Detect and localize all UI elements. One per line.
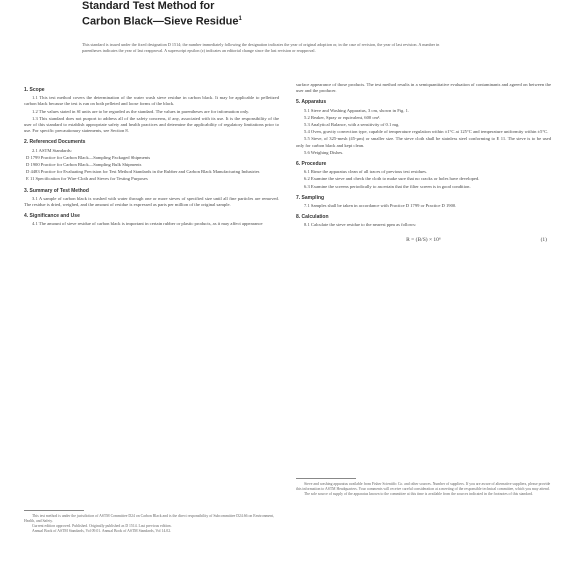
designation-notice: This standard is issued under the fixed … bbox=[82, 42, 452, 53]
reference-item: D 4483 Practice for Evaluating Precision… bbox=[32, 169, 279, 175]
equation-body: R = (B/S) × 10⁶ bbox=[406, 237, 441, 243]
paragraph: 8.1 Calculate the sieve residue to the n… bbox=[296, 222, 551, 228]
title-line-1: Standard Test Method for bbox=[82, 0, 242, 13]
paragraph: 5.6 Weighing Dishes. bbox=[296, 150, 551, 156]
section-heading: 6. Procedure bbox=[296, 161, 551, 167]
section-heading: 1. Scope bbox=[24, 87, 279, 93]
section-sampling: 7. Sampling 7.1 Samples shall be taken i… bbox=[296, 195, 551, 209]
footnote: The sole source of supply of the apparat… bbox=[296, 492, 551, 497]
paragraph: 5.4 Oven, gravity convection type, capab… bbox=[296, 129, 551, 135]
paragraph: 5.1 Sieve and Washing Apparatus, 3 cm, s… bbox=[296, 108, 551, 114]
section-calculation: 8. Calculation 8.1 Calculate the sieve r… bbox=[296, 214, 551, 243]
reference-item: D 1799 Practice for Carbon Black—Samplin… bbox=[32, 155, 279, 161]
right-column: surface appearance of those products. Th… bbox=[296, 82, 551, 251]
section-scope: 1. Scope 1.1 This test method covers the… bbox=[24, 87, 279, 134]
paragraph: surface appearance of those products. Th… bbox=[296, 82, 551, 94]
equation-number: (1) bbox=[541, 237, 547, 243]
equation: R = (B/S) × 10⁶ (1) bbox=[296, 237, 551, 243]
paragraph: 1.2 The values stated in SI units are to… bbox=[24, 109, 279, 115]
footnote-divider bbox=[24, 510, 84, 511]
document-title: Standard Test Method for Carbon Black—Si… bbox=[82, 0, 242, 29]
paragraph: 6.3 Examine the screens periodically to … bbox=[296, 184, 551, 190]
paragraph: 3.1 A sample of carbon black is washed w… bbox=[24, 196, 279, 208]
paragraph: 4.1 The amount of sieve residue of carbo… bbox=[24, 221, 279, 227]
reference-item: D 1900 Practice for Carbon Black—Samplin… bbox=[32, 162, 279, 168]
section-heading: 4. Significance and Use bbox=[24, 213, 279, 219]
right-footnotes: Sieve and washing apparatus available fr… bbox=[296, 468, 551, 497]
paragraph: 6.1 Rinse the apparatus clean of all tra… bbox=[296, 169, 551, 175]
paragraph: 5.3 Analytical Balance, with a sensitivi… bbox=[296, 122, 551, 128]
footnote: Sieve and washing apparatus available fr… bbox=[296, 482, 551, 492]
section-procedure: 6. Procedure 6.1 Rinse the apparatus cle… bbox=[296, 161, 551, 190]
section-referenced-documents: 2. Referenced Documents 2.1 ASTM Standar… bbox=[24, 139, 279, 182]
left-footnotes: This test method is under the jurisdicti… bbox=[24, 500, 279, 534]
paragraph: 1.1 This test method covers the determin… bbox=[24, 95, 279, 107]
footnote: This test method is under the jurisdicti… bbox=[24, 514, 279, 524]
title-line-2: Carbon Black—Sieve Residue1 bbox=[82, 13, 242, 29]
section-heading: 2. Referenced Documents bbox=[24, 139, 279, 145]
paragraph: 5.5 Sieve, of 325-mesh (45-µm) or smalle… bbox=[296, 136, 551, 148]
paragraph: 2.1 ASTM Standards: bbox=[24, 148, 279, 154]
section-heading: 3. Summary of Test Method bbox=[24, 188, 279, 194]
section-heading: 7. Sampling bbox=[296, 195, 551, 201]
section-heading: 8. Calculation bbox=[296, 214, 551, 220]
footnote-divider bbox=[296, 478, 356, 479]
section-apparatus: 5. Apparatus 5.1 Sieve and Washing Appar… bbox=[296, 99, 551, 156]
section-summary: 3. Summary of Test Method 3.1 A sample o… bbox=[24, 188, 279, 209]
paragraph: 6.2 Examine the sieve and check the clot… bbox=[296, 176, 551, 182]
paragraph: 1.3 This standard does not purport to ad… bbox=[24, 116, 279, 135]
paragraph: 7.1 Samples shall be taken in accordance… bbox=[296, 203, 551, 209]
reference-item: E 11 Specification for Wire-Cloth and Si… bbox=[32, 176, 279, 182]
section-significance: 4. Significance and Use 4.1 The amount o… bbox=[24, 213, 279, 227]
section-heading: 5. Apparatus bbox=[296, 99, 551, 105]
paragraph: 5.2 Beaker, Spray or equivalent, 600 cm³… bbox=[296, 115, 551, 121]
left-column: 1. Scope 1.1 This test method covers the… bbox=[24, 82, 279, 229]
footnote: Annual Book of ASTM Standards, Vol 09.01… bbox=[24, 529, 279, 534]
